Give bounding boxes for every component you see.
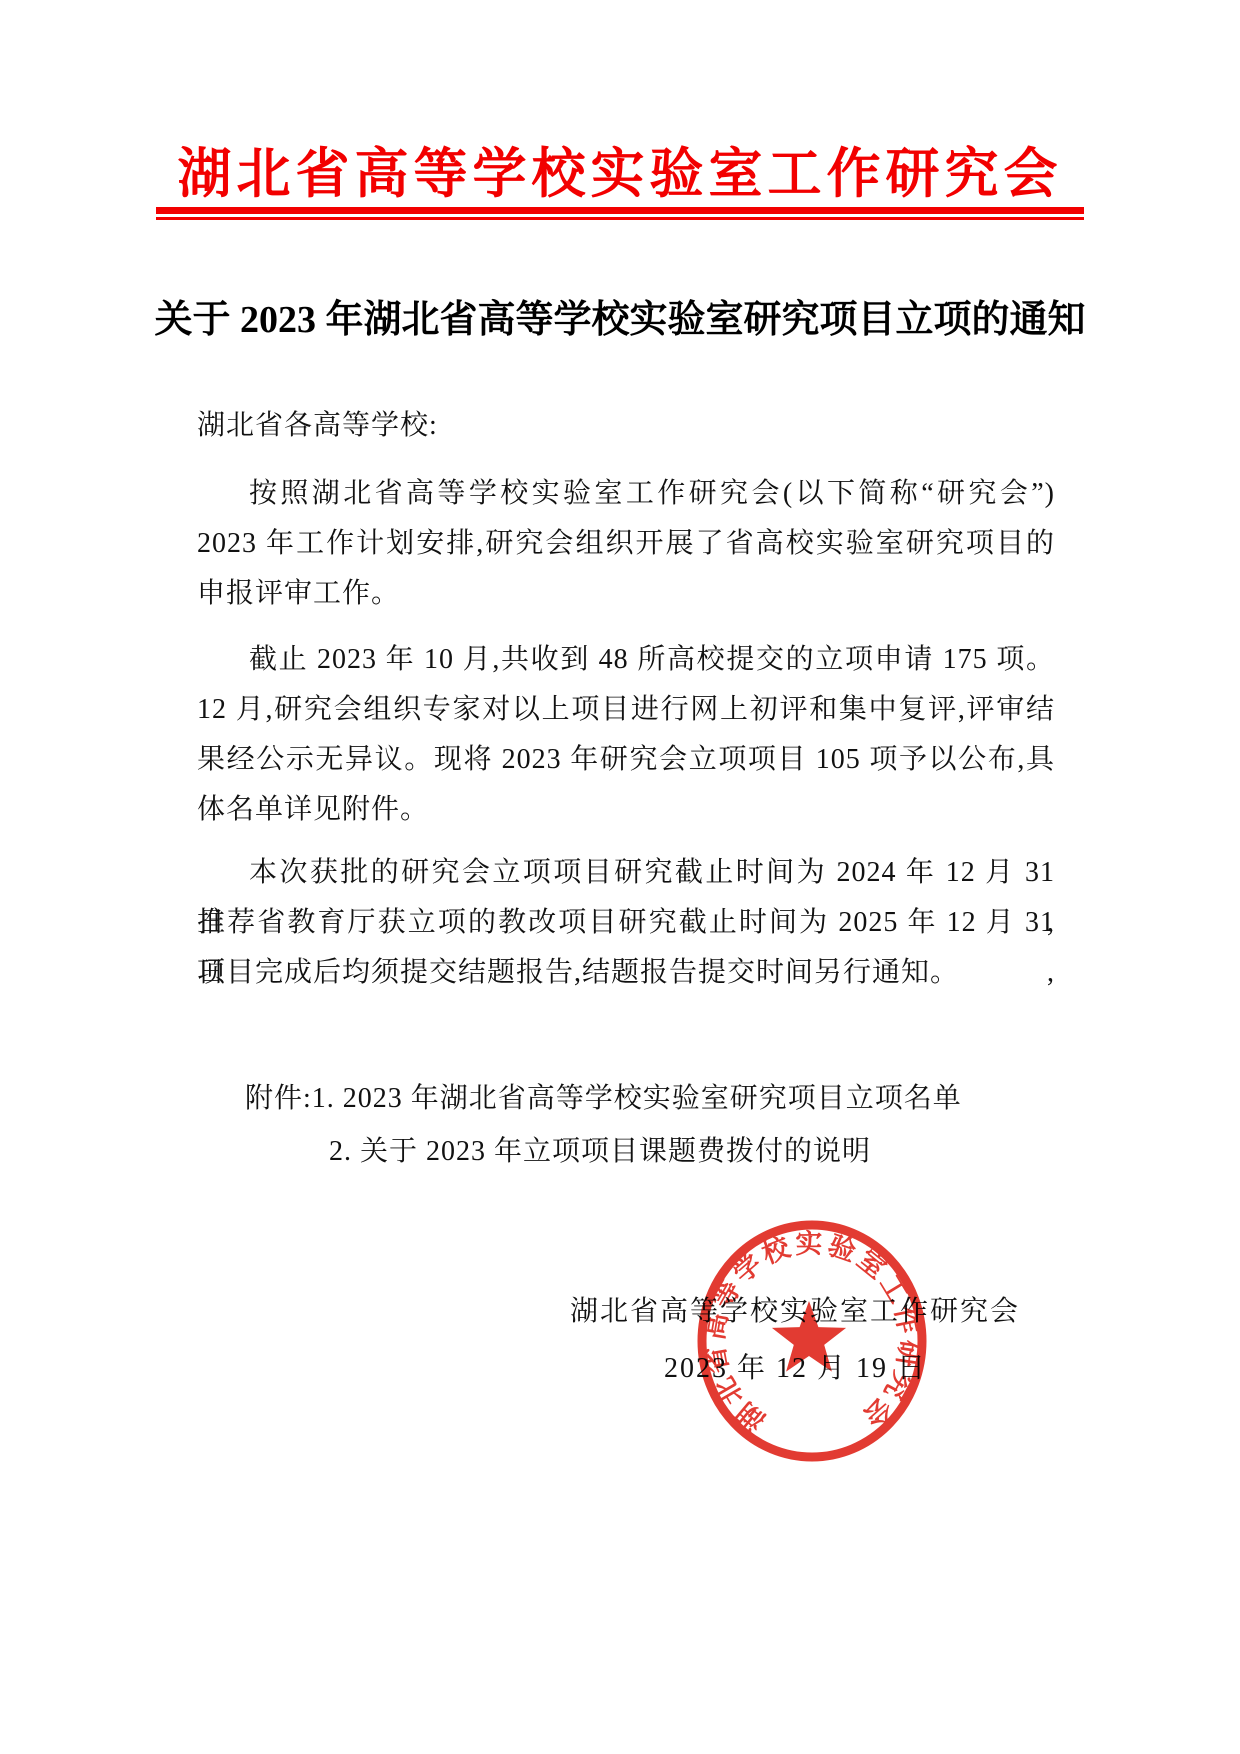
body-line: 推荐省教育厅获立项的教改项目研究截止时间为 2025 年 12 月 31 日, [197, 898, 1055, 948]
paragraphs-container: 按照湖北省高等学校实验室工作研究会(以下简称“研究会”)2023 年工作计划安排… [197, 469, 1055, 998]
body-paragraph: 截止 2023 年 10 月,共收到 48 所高校提交的立项申请 175 项。1… [197, 635, 1055, 835]
seal-star-icon [772, 1301, 846, 1372]
greeting-line: 湖北省各高等学校: [197, 401, 1055, 451]
body-paragraph: 本次获批的研究会立项项目研究截止时间为 2024 年 12 月 31 日,推荐省… [197, 848, 1055, 998]
official-seal-stamp: 湖北省高等学校实验室工作研究会 [693, 1217, 933, 1467]
notice-title: 关于 2023 年湖北省高等学校实验室研究项目立项的通知 [0, 296, 1240, 344]
body-line: 申报评审工作。 [197, 569, 1055, 619]
letterhead-org-name: 湖北省高等学校实验室工作研究会 [0, 144, 1240, 204]
body-line: 果经公示无异议。现将 2023 年研究会立项项目 105 项予以公布,具 [197, 735, 1055, 785]
attachments-label: 附件: [245, 1083, 312, 1114]
body-line: 12 月,研究会组织专家对以上项目进行网上初评和集中复评,评审结 [197, 685, 1055, 735]
letterhead-divider-thick-line [156, 207, 1084, 214]
body-line: 体名单详见附件。 [197, 785, 1055, 835]
body-line: 按照湖北省高等学校实验室工作研究会(以下简称“研究会”) [197, 469, 1055, 519]
letterhead-divider [156, 207, 1084, 220]
document-page: 湖北省高等学校实验室工作研究会 关于 2023 年湖北省高等学校实验室研究项目立… [0, 0, 1240, 1754]
body-paragraph: 按照湖北省高等学校实验室工作研究会(以下简称“研究会”)2023 年工作计划安排… [197, 469, 1055, 619]
body-line: 项目完成后均须提交结题报告,结题报告提交时间另行通知。 [197, 948, 1055, 998]
letterhead-divider-thin-line [156, 217, 1084, 220]
notice-body: 湖北省各高等学校: 按照湖北省高等学校实验室工作研究会(以下简称“研究会”)20… [197, 401, 1055, 1178]
attachments-block: 附件:1. 2023 年湖北省高等学校实验室研究项目立项名单 2. 关于 202… [197, 1072, 1055, 1178]
body-line: 2023 年工作计划安排,研究会组织开展了省高校实验室研究项目的 [197, 519, 1055, 569]
attachment-line: 2. 关于 2023 年立项项目课题费拨付的说明 [197, 1125, 1055, 1178]
attachment-line: 附件:1. 2023 年湖北省高等学校实验室研究项目立项名单 [197, 1072, 1055, 1125]
attachment-item-2: 2. 关于 2023 年立项项目课题费拨付的说明 [329, 1136, 871, 1167]
body-line: 截止 2023 年 10 月,共收到 48 所高校提交的立项申请 175 项。 [197, 635, 1055, 685]
attachment-item-1: 1. 2023 年湖北省高等学校实验室研究项目立项名单 [312, 1083, 962, 1114]
body-line: 本次获批的研究会立项项目研究截止时间为 2024 年 12 月 31 日, [197, 848, 1055, 898]
